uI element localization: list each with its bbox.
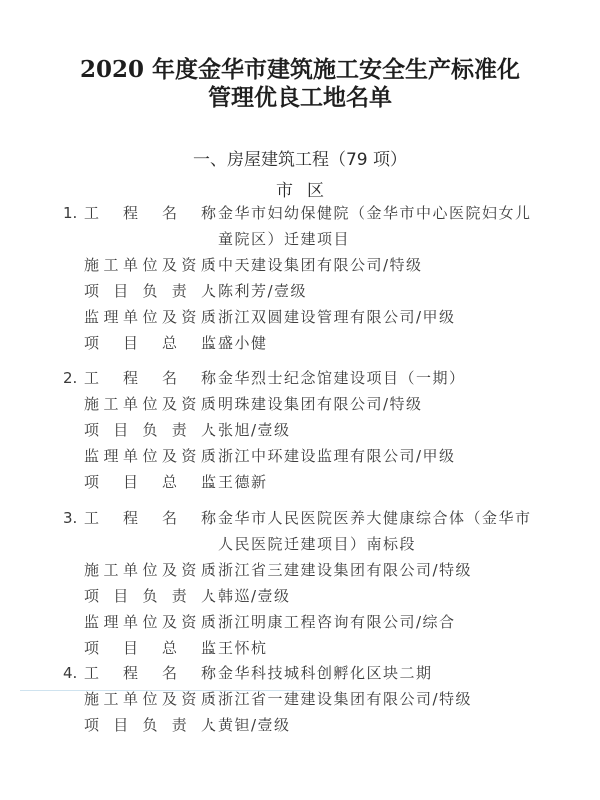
entry-number: 1. (63, 200, 83, 226)
field-value-contractor: 明珠建设集团有限公司/特级 (218, 391, 423, 417)
label-char: 资 (181, 252, 196, 278)
label-char: 总 (162, 635, 177, 661)
label-char: 程 (123, 660, 138, 686)
label-char: 程 (123, 200, 138, 226)
label-char: 负 (142, 417, 157, 443)
field-value-manager: 黄钽/壹级 (218, 712, 291, 738)
label-char: 及 (162, 609, 177, 635)
field-label-chief-supervisor: 项目总监 (84, 469, 216, 495)
field-value-chief-supervisor: 盛小健 (218, 330, 268, 356)
field-value-supervisor: 浙江明康工程咨询有限公司/综合 (218, 609, 456, 635)
label-char: 工 (103, 252, 118, 278)
label-char: 工 (84, 365, 99, 391)
label-char: 名 (162, 660, 177, 686)
label-char: 单 (123, 557, 138, 583)
label-char: 监 (84, 443, 99, 469)
label-char: 资 (181, 391, 196, 417)
field-label-contractor: 施工单位及资质 (84, 391, 216, 417)
field-label-supervisor: 监理单位及资质 (84, 609, 216, 635)
label-char: 及 (162, 557, 177, 583)
label-char: 理 (103, 443, 118, 469)
entry-number: 3. (63, 505, 83, 531)
field-label-project-name: 工程名称 (84, 365, 216, 391)
document-title-line-2: 管理优良工地名单 (0, 83, 600, 113)
label-char: 位 (142, 443, 157, 469)
label-char: 单 (123, 391, 138, 417)
field-label-manager: 项目负责人 (84, 417, 216, 443)
label-char: 目 (123, 635, 138, 661)
label-char: 负 (142, 712, 157, 738)
label-char: 项 (84, 712, 99, 738)
field-label-chief-supervisor: 项目总监 (84, 635, 216, 661)
field-label-manager: 项目负责人 (84, 583, 216, 609)
label-char: 工 (84, 200, 99, 226)
label-char: 总 (162, 469, 177, 495)
label-char: 项 (84, 469, 99, 495)
field-label-project-name: 工程名称 (84, 505, 216, 531)
field-label-manager: 项目负责人 (84, 278, 216, 304)
label-char: 目 (113, 417, 128, 443)
label-char: 及 (162, 443, 177, 469)
field-label-manager: 项目负责人 (84, 712, 216, 738)
label-char: 名 (162, 365, 177, 391)
field-value-project-name-cont: 童院区）迁建项目 (218, 226, 350, 252)
label-char: 资 (181, 443, 196, 469)
label-char: 程 (123, 365, 138, 391)
field-label-supervisor: 监理单位及资质 (84, 443, 216, 469)
field-value-manager: 韩巡/壹级 (218, 583, 291, 609)
label-char: 单 (123, 304, 138, 330)
label-char: 监 (84, 609, 99, 635)
label-char: 负 (142, 583, 157, 609)
label-char: 位 (142, 304, 157, 330)
label-char: 总 (162, 330, 177, 356)
label-char: 单 (123, 252, 138, 278)
scan-artifact-line (20, 690, 310, 691)
label-char: 责 (172, 712, 187, 738)
label-char: 项 (84, 417, 99, 443)
label-char: 施 (84, 252, 99, 278)
label-char: 及 (162, 391, 177, 417)
section-heading: 一、房屋建筑工程（79 项） (0, 145, 600, 170)
label-char: 目 (123, 330, 138, 356)
field-label-project-name: 工程名称 (84, 200, 216, 226)
label-char: 工 (103, 557, 118, 583)
field-value-chief-supervisor: 王怀杭 (218, 635, 268, 661)
label-char: 位 (142, 557, 157, 583)
field-label-contractor: 施工单位及资质 (84, 557, 216, 583)
field-label-chief-supervisor: 项目总监 (84, 330, 216, 356)
field-value-project-name: 金华市妇幼保健院（金华市中心医院妇女儿 (218, 200, 532, 226)
field-value-contractor: 中天建设集团有限公司/特级 (218, 252, 423, 278)
label-char: 责 (172, 583, 187, 609)
label-char: 单 (123, 443, 138, 469)
label-char: 施 (84, 557, 99, 583)
field-label-supervisor: 监理单位及资质 (84, 304, 216, 330)
field-label-contractor: 施工单位及资质 (84, 252, 216, 278)
label-char: 项 (84, 583, 99, 609)
label-char: 位 (142, 391, 157, 417)
field-value-project-name: 金华科技城科创孵化区块二期 (218, 660, 433, 686)
field-value-supervisor: 浙江中环建设监理有限公司/甲级 (218, 443, 456, 469)
subsection-heading: 市区 (0, 176, 600, 201)
label-char: 名 (162, 505, 177, 531)
label-char: 资 (181, 557, 196, 583)
label-char: 及 (162, 304, 177, 330)
label-char: 目 (113, 583, 128, 609)
label-char: 项 (84, 635, 99, 661)
label-char: 施 (84, 391, 99, 417)
field-label-project-name: 工程名称 (84, 660, 216, 686)
label-char: 监 (84, 304, 99, 330)
label-char: 目 (113, 278, 128, 304)
field-value-project-name-cont: 人民医院迁建项目）南标段 (218, 531, 416, 557)
label-char: 位 (142, 609, 157, 635)
label-char: 资 (181, 609, 196, 635)
label-char: 程 (123, 505, 138, 531)
label-char: 目 (113, 712, 128, 738)
field-value-manager: 陈利芳/壹级 (218, 278, 307, 304)
field-value-project-name: 金华烈士纪念馆建设项目（一期） (218, 365, 466, 391)
document-title-line-1: 2020 年度金华市建筑施工安全生产标准化 (0, 55, 600, 85)
label-char: 负 (142, 278, 157, 304)
label-char: 理 (103, 609, 118, 635)
label-char: 项 (84, 330, 99, 356)
label-char: 责 (172, 278, 187, 304)
label-char: 工 (103, 391, 118, 417)
label-char: 单 (123, 609, 138, 635)
label-char: 名 (162, 200, 177, 226)
field-value-contractor: 浙江省三建建设集团有限公司/特级 (218, 557, 472, 583)
label-char: 理 (103, 304, 118, 330)
label-char: 位 (142, 252, 157, 278)
label-char: 工 (84, 505, 99, 531)
label-char: 项 (84, 278, 99, 304)
label-char: 及 (162, 252, 177, 278)
entry-number: 2. (63, 365, 83, 391)
field-value-project-name: 金华市人民医院医养大健康综合体（金华市 (218, 505, 532, 531)
field-value-manager: 张旭/壹级 (218, 417, 291, 443)
entry-number: 4. (63, 660, 83, 686)
label-char: 工 (84, 660, 99, 686)
field-value-supervisor: 浙江双圆建设管理有限公司/甲级 (218, 304, 456, 330)
label-char: 责 (172, 417, 187, 443)
label-char: 资 (181, 304, 196, 330)
field-value-chief-supervisor: 王德新 (218, 469, 268, 495)
label-char: 目 (123, 469, 138, 495)
